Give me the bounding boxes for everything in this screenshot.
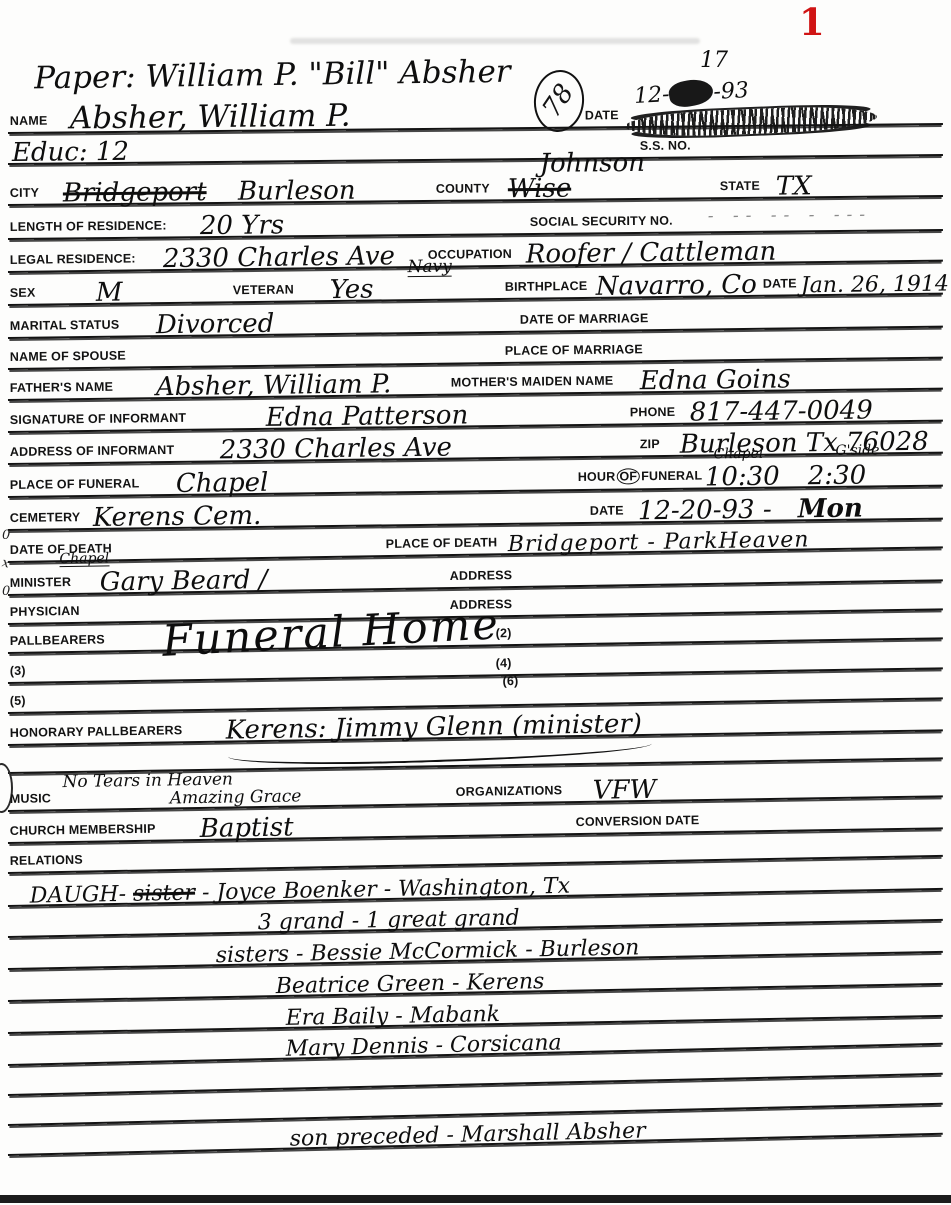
church-membership-value: Baptist	[200, 815, 294, 842]
birthplace-value: Navarro, Co	[596, 272, 757, 300]
conversion-date-label: CONVERSION DATE	[576, 813, 700, 829]
margin-mark-1: 0	[2, 528, 10, 543]
ss-no-label: S.S. NO.	[640, 138, 691, 152]
marital-label: MARITAL STATUS	[10, 318, 120, 333]
hour-note-2: G'side	[835, 443, 879, 458]
organizations-label: ORGANIZATIONS	[456, 783, 563, 799]
city-struck-value: Bridgeport	[63, 179, 207, 206]
residence-value: 20 Yrs	[200, 212, 285, 239]
veteran-value: Yes	[330, 277, 374, 304]
pallbearer-6-label: (6)	[502, 674, 518, 688]
legal-residence-label: LEGAL RESIDENCE:	[10, 251, 136, 267]
honorary-pallbearers-label: HONORARY PALLBEARERS	[10, 723, 183, 740]
sex-value: M	[96, 280, 123, 306]
birthplace-label: BIRTHPLACE	[505, 279, 588, 294]
city-value: Burleson	[238, 178, 356, 205]
scan-smudge	[290, 38, 700, 44]
father-name-label: FATHER'S NAME	[10, 380, 113, 395]
informant-address-label: ADDRESS OF INFORMANT	[10, 443, 175, 459]
physician-label: PHYSICIAN	[10, 604, 80, 619]
minister-value: Gary Beard /	[100, 567, 268, 596]
place-of-death-label: PLACE OF DEATH	[386, 535, 498, 551]
place-of-funeral-label: PLACE OF FUNERAL	[10, 476, 140, 492]
pallbearer-3-label: (3)	[10, 664, 26, 678]
hour-value-1: 10:30	[705, 464, 780, 491]
mother-maiden-label: MOTHER'S MAIDEN NAME	[451, 374, 614, 390]
of-word-circled: OF	[616, 468, 640, 484]
place-of-funeral-value: Chapel	[176, 470, 269, 497]
organizations-value: VFW	[593, 777, 657, 804]
marital-value: Divorced	[156, 311, 275, 338]
birth-date-label: DATE	[763, 276, 797, 290]
name-value: Absher, William P.	[70, 101, 351, 135]
scan-edge-bar	[0, 1195, 951, 1203]
funeral-date-label: DATE	[590, 503, 624, 517]
funeral-word: FUNERAL	[641, 469, 702, 484]
cemetery-label: CEMETERY	[10, 510, 81, 525]
sex-label: SEX	[10, 286, 36, 300]
music-label: MUSIC	[10, 791, 51, 806]
honorary-pallbearers-value: Kerens: Jimmy Glenn (minister)	[226, 711, 643, 744]
city-label: CITY	[10, 186, 39, 200]
county-label: COUNTY	[436, 181, 490, 196]
date-label: DATE	[585, 108, 619, 122]
birth-date-value: Jan. 26, 1914	[801, 274, 949, 298]
pallbearer-5-label: (5)	[10, 694, 26, 708]
page-number: 1	[799, 0, 825, 44]
ssn-faint-marks: - -- -- - ---	[708, 207, 872, 226]
phone-label: PHONE	[630, 405, 676, 420]
music-song-2: Amazing Grace	[170, 788, 302, 807]
county-value: Johnson	[539, 150, 645, 177]
relations-label: RELATIONS	[10, 853, 83, 868]
hour-of-funeral-label: HOUROFFUNERAL	[578, 468, 703, 486]
veteran-branch-note: Navy	[407, 259, 451, 278]
church-membership-label: CHURCH MEMBERSHIP	[10, 822, 156, 838]
footer-note: son preceded - Marshall Absher	[289, 1121, 645, 1151]
date-of-marriage-label: DATE OF MARRIAGE	[520, 311, 649, 327]
hour-word: HOUR	[578, 470, 616, 484]
minister-label: MINISTER	[10, 575, 72, 590]
minister-note: Chapel	[59, 551, 109, 567]
spouse-label: NAME OF SPOUSE	[10, 349, 126, 364]
minister-address-label: ADDRESS	[450, 568, 513, 583]
hour-value-2: 2:30	[808, 463, 867, 490]
veteran-label: VETERAN	[233, 283, 294, 298]
state-label: STATE	[720, 179, 760, 193]
informant-signature-label: SIGNATURE OF INFORMANT	[10, 411, 187, 427]
place-of-marriage-label: PLACE OF MARRIAGE	[505, 342, 643, 358]
residence-label: LENGTH OF RESIDENCE:	[10, 218, 167, 234]
educ-value: Educ: 12	[12, 139, 129, 166]
ssn-label: SOCIAL SECURITY NO.	[530, 214, 673, 229]
pallbearer-4-label: (4)	[496, 656, 512, 670]
zip-label: ZIP	[640, 437, 660, 451]
county-struck-value: Wise	[508, 176, 572, 203]
pallbearers-label: PALLBEARERS	[10, 632, 105, 647]
funeral-record-form: 1 Paper: William P. "Bill" Absher 78 17 …	[0, 0, 951, 1205]
row-name: NAME Absher, William P. DATE	[7, 63, 943, 134]
hour-note-1: Chapel	[713, 447, 763, 462]
state-value: TX	[776, 173, 812, 199]
name-label: NAME	[10, 114, 48, 128]
